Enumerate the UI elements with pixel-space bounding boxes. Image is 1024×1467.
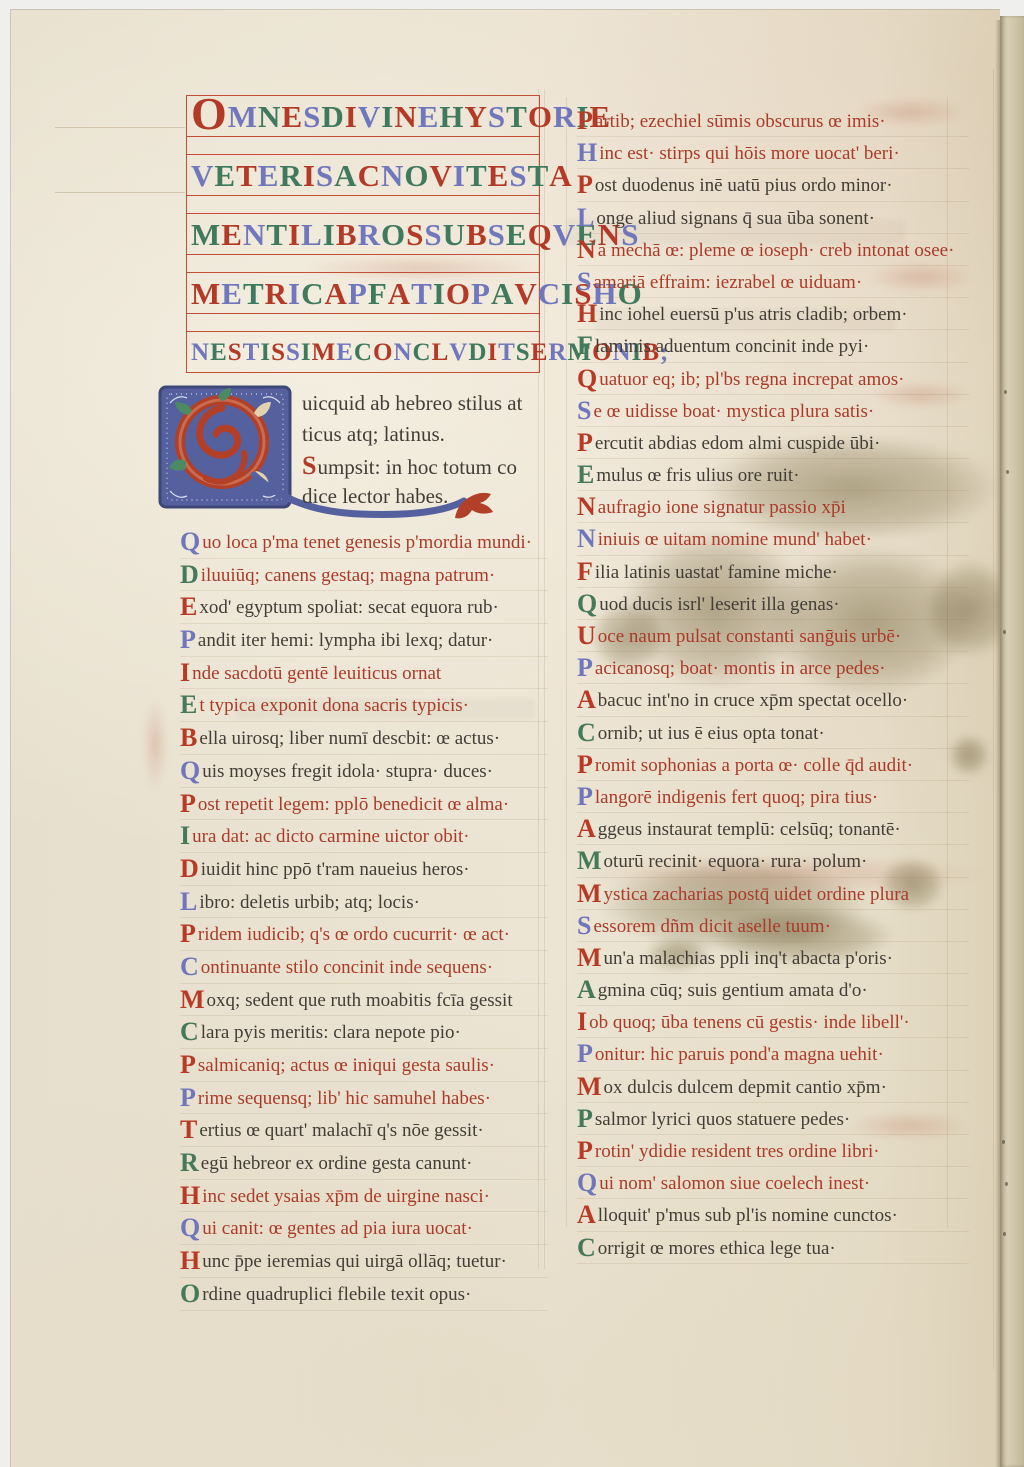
title-letter: I: [303, 160, 316, 191]
title-letter: M: [191, 278, 221, 309]
title-letter: O: [191, 91, 228, 137]
title-letter: M: [191, 219, 221, 250]
versal-initial: Q: [180, 756, 200, 785]
versal-initial: S: [577, 267, 591, 296]
title-letter: T: [528, 160, 550, 191]
verse-line: Naufragio ione signatur passio xp̄i: [577, 491, 969, 523]
verse-line: Psalmor lyrici quos statuere pedes·: [577, 1103, 969, 1135]
title-letter: S: [516, 340, 531, 365]
versal-initial: C: [180, 952, 199, 981]
title-letter: B: [336, 219, 358, 250]
versal-initial: S: [577, 911, 591, 940]
verse-text: ui canit: œ gentes ad pia iura uocat·: [202, 1218, 473, 1239]
title-letter: I: [345, 101, 358, 132]
versal-initial: E: [180, 690, 197, 719]
versal-initial: N: [577, 492, 596, 521]
versal-initial: P: [180, 789, 196, 818]
manuscript-photo: { "document": { "kind": "illuminated man…: [0, 0, 1024, 1467]
title-letter: E: [281, 101, 303, 132]
verse-line: Qui nom' salomon siue coelech inest·: [577, 1167, 969, 1199]
verse-line: Exod' egyptum spoliat: secat equora rub·: [180, 591, 548, 624]
verse-text: uatuor eq; ib; pl'bs regna increpat amos…: [599, 369, 904, 390]
verse-text: andit iter hemi: lympha ibi lexq; datur·: [198, 630, 493, 651]
verse-text: mulus œ fris ulius ore ruit·: [596, 465, 799, 486]
incipit-line: uicquid ab hebreo stilus at: [302, 388, 522, 419]
speck: [1004, 390, 1007, 394]
title-letter: I: [381, 101, 394, 132]
versal-initial: A: [577, 1200, 596, 1229]
verse-line: Percutit abdias edom almi cuspide ūbi·: [577, 427, 969, 459]
title-letter: T: [266, 219, 288, 250]
verse-line: Se œ uidisse boat· mystica plura satis·: [577, 395, 969, 427]
verse-text: lloquit' p'mus sub pl'is nomine cunctos·: [598, 1205, 898, 1226]
verse-line: Niniuis œ uitam nomine mund' habet·: [577, 523, 969, 555]
title-letter: V: [553, 219, 576, 250]
incipit-paragraph: uicquid ab hebreo stilus atticus atq; la…: [302, 388, 522, 512]
title-letter: E: [506, 219, 528, 250]
versal-initial: P: [577, 428, 593, 457]
title-letter: Y: [465, 101, 488, 132]
verse-line: Abacuc int'no in cruce xp̄m spectat ocel…: [577, 684, 969, 716]
verse-line: Quod ducis isrl' leserit illa genas·: [577, 588, 969, 620]
verse-line: Aggeus instaurat templū: celsūq; tonantē…: [577, 813, 969, 845]
title-letter: V: [514, 278, 537, 309]
title-letter: S: [271, 340, 286, 365]
title-letter: H: [439, 101, 464, 132]
incipit-title: OMNESDIVINEHYSTORIEVETERISACNOVITESTAMEN…: [186, 95, 540, 373]
verse-text: ui nom' salomon siue coelech inest·: [599, 1173, 870, 1194]
title-letter: U: [443, 219, 466, 250]
verse-text: onge aliud signans q̄ sua ūba sonent·: [596, 208, 875, 229]
title-letter: I: [288, 278, 301, 309]
verse-column-right: Partib; ezechiel sūmis obscurus œ imis·H…: [577, 105, 969, 1264]
verse-text: romit sophonias a porta œ· colle q̄d aud…: [595, 755, 913, 776]
title-letter: O: [528, 101, 553, 132]
verse-text: un'a malachias ppli inq't abacta p'oris·: [604, 948, 893, 969]
title-letter: A: [388, 278, 411, 309]
versal-initial: Q: [577, 589, 597, 618]
versal-initial: H: [577, 138, 597, 167]
verse-line: Sessorem dñm dicit aselle tuum·: [577, 910, 969, 942]
verse-line: Emulus œ fris ulius ore ruit·: [577, 459, 969, 491]
book-gutter-edge: [1000, 16, 1024, 1467]
verse-line: Psalmicaniq; actus œ iniqui gesta saulis…: [180, 1049, 548, 1082]
incipit-line: ticus atq; latinus.: [302, 419, 522, 450]
verse-text: ridem iudicib; q's œ ordo cucurrit· œ ac…: [198, 924, 510, 945]
versal-initial: T: [180, 1115, 197, 1144]
verse-line: Ponitur: hic paruis pond'a magna uehit·: [577, 1038, 969, 1070]
title-letter: T: [411, 278, 433, 309]
verse-text: ibro: deletis urbib; atq; locis·: [199, 892, 420, 913]
incipit-line: dice lector habes.: [302, 481, 522, 512]
title-letter: I: [301, 340, 312, 365]
versal-initial: I: [180, 821, 190, 850]
title-letter: L: [301, 219, 323, 250]
title-letter: V: [449, 340, 468, 365]
verse-text: egū hebreor ex ordine gesta canunt·: [201, 1153, 473, 1174]
title-letter: M: [312, 340, 337, 365]
verse-text: unc p̄pe ieremias qui uirgā ollāq; tuetu…: [202, 1251, 507, 1272]
verse-line: Agmina cūq; suis gentium amata d'o·: [577, 974, 969, 1006]
versal-initial: H: [577, 299, 597, 328]
verse-text: oxq; sedent que ruth moabitis fcīa gessi…: [207, 990, 513, 1011]
verse-line: Hinc sedet ysaias xp̄m de uirgine nasci·: [180, 1180, 548, 1213]
title-line: METRICAPFATIOPAVCISHO: [187, 272, 539, 314]
verse-line: Diluuiūq; canens gestaq; magna patrum·: [180, 559, 548, 592]
versal-initial: D: [180, 854, 199, 883]
title-letter: O: [373, 340, 393, 365]
title-letter: E: [336, 340, 354, 365]
title-letter: O: [381, 219, 406, 250]
versal-initial: E: [577, 460, 594, 489]
verse-text: onitur: hic paruis pond'a magna uehit·: [595, 1044, 884, 1065]
title-letter: I: [487, 340, 498, 365]
verse-line: Uoce naum pulsat constanti sanḡuis urbē·: [577, 620, 969, 652]
title-letter: T: [243, 278, 265, 309]
verse-line: Iura dat: ac dicto carmine uictor obit·: [180, 820, 548, 853]
verse-text: inc sedet ysaias xp̄m de uirgine nasci·: [202, 1186, 490, 1207]
verse-line: Quo loca p'ma tenet genesis p'mordia mun…: [180, 526, 548, 559]
verse-line: Prime sequensq; lib' hic samuhel habes·: [180, 1082, 548, 1115]
title-letter: S: [303, 101, 321, 132]
title-letter: T: [506, 101, 528, 132]
title-letter: R: [548, 340, 567, 365]
title-line: NESTISSIMECONCLVDITSERMONIB;: [187, 331, 539, 373]
pigment-smudge: [142, 697, 168, 792]
versal-initial: Q: [577, 1168, 597, 1197]
title-letter: S: [286, 340, 301, 365]
title-letter: C: [538, 278, 561, 309]
title-letter: V: [358, 101, 381, 132]
title-line: VETERISACNOVITESTA: [187, 154, 539, 196]
verse-text: bacuc int'no in cruce xp̄m spectat ocell…: [598, 690, 908, 711]
verse-text: acicanosq; boat· montis in arce pedes·: [595, 658, 886, 679]
verse-line: Libro: deletis urbib; atq; locis·: [180, 886, 548, 919]
title-letter: S: [488, 101, 506, 132]
verse-text: ost duodenus inē uatū pius ordo minor·: [595, 175, 893, 196]
title-letter: T: [243, 340, 261, 365]
title-letter: C: [358, 160, 381, 191]
verse-line: Inde sacdotū gentē leuiticus ornat: [180, 657, 548, 690]
verse-line: Ordine quadruplici flebile texit opus·: [180, 1278, 548, 1311]
versal-initial: A: [577, 814, 596, 843]
verse-line: Tertius œ quart' malachī q's nōe gessit·: [180, 1114, 548, 1147]
verse-line: Alloquit' p'mus sub pl'is nomine cunctos…: [577, 1199, 969, 1231]
title-letter: A: [549, 160, 572, 191]
verse-line: Quis moyses fregit idola· stupra· duces·: [180, 755, 548, 788]
verse-line: Moturū recinit· equora· rura· polum·: [577, 845, 969, 877]
verse-text: ilia latinis uastat' famine miche·: [595, 562, 838, 583]
verse-text: uis moyses fregit idola· stupra· duces·: [202, 761, 493, 782]
versal-initial: F: [577, 331, 593, 360]
verse-line: Corrigit œ mores ethica lege tua·: [577, 1232, 969, 1264]
title-letter: I: [433, 278, 446, 309]
verse-line: Clara pyis meritis: clara nepote pio·: [180, 1016, 548, 1049]
versal-initial: P: [180, 919, 196, 948]
verse-line: Qui canit: œ gentes ad pia iura uocat·: [180, 1212, 548, 1245]
title-letter: N: [243, 219, 266, 250]
verse-line: Filia latinis uastat' famine miche·: [577, 556, 969, 588]
versal-initial: Q: [180, 1213, 200, 1242]
verse-text: iniuis œ uitam nomine mund' habet·: [598, 529, 872, 550]
title-letter: C: [413, 340, 432, 365]
verse-line: Regū hebreor ex ordine gesta canunt·: [180, 1147, 548, 1180]
manuscript-page: OMNESDIVINEHYSTORIEVETERISACNOVITESTAMEN…: [10, 9, 1000, 1467]
title-letter: R: [265, 278, 288, 309]
incipit-line: Sumpsit: in hoc totum co: [302, 450, 522, 481]
title-letter: L: [432, 340, 450, 365]
verse-line: Pandit iter hemi: lympha ibi lexq; datur…: [180, 624, 548, 657]
versal-initial: F: [577, 557, 593, 586]
versal-initial: P: [180, 1083, 196, 1112]
verse-text: ertius œ quart' malachī q's nōe gessit·: [199, 1120, 483, 1141]
verse-line: Bella uirosq; liber numī descbit: œ actu…: [180, 722, 548, 755]
verse-text: uod ducis isrl' leserit illa genas·: [599, 594, 839, 615]
title-letter: B: [466, 219, 488, 250]
verse-text: rotin' ydidie resident tres ordine libri…: [595, 1141, 880, 1162]
versal-initial: P: [180, 1050, 196, 1079]
title-letter: S: [316, 160, 334, 191]
versal-initial: C: [577, 1233, 596, 1262]
title-letter: A: [491, 278, 514, 309]
versal-initial: P: [577, 653, 593, 682]
title-letter: E: [210, 340, 228, 365]
verse-line: Et typica exponit dona sacris typicis·: [180, 689, 548, 722]
title-letter: I: [561, 278, 574, 309]
title-letter: R: [553, 101, 576, 132]
verse-line: Flaminis aduentum concinit inde pyi·: [577, 330, 969, 362]
verse-line: Post duodenus inē uatū pius ordo minor·: [577, 169, 969, 201]
title-letter: S: [406, 219, 424, 250]
versal-initial: Q: [577, 364, 597, 393]
versal-initial: P: [577, 750, 593, 779]
verse-line: Nā mechā œ: pleme œ ioseph· creb intonat…: [577, 234, 969, 266]
speck: [1006, 470, 1009, 474]
title-letter: I: [453, 160, 466, 191]
versal-initial: D: [180, 560, 199, 589]
versal-initial: M: [577, 846, 602, 875]
title-letter: V: [429, 160, 452, 191]
title-letter: I: [260, 340, 271, 365]
verse-text: essorem dñm dicit aselle tuum·: [593, 916, 830, 937]
versal-initial: P: [577, 1039, 593, 1068]
versal-initial: U: [577, 621, 596, 650]
title-letter: E: [214, 160, 236, 191]
verse-text: laminis aduentum concinit inde pyi·: [595, 336, 869, 357]
versal-initial: M: [577, 1072, 602, 1101]
verse-text: gmina cūq; suis gentium amata d'o·: [598, 980, 868, 1001]
verse-line: Protin' ydidie resident tres ordine libr…: [577, 1135, 969, 1167]
verse-line: Hunc p̄pe ieremias qui uirgā ollāq; tuet…: [180, 1245, 548, 1278]
verse-text: ost repetit legem: pplō benedicit œ alma…: [198, 794, 509, 815]
page-fold-shadow: [995, 20, 1000, 1467]
column-guide: [566, 97, 567, 1227]
verse-text: oce naum pulsat constanti sanḡuis urbē·: [598, 626, 901, 647]
verse-line: Cornib; ut ius ē eius opta tonat·: [577, 717, 969, 749]
verse-line: Post repetit legem: pplō benedicit œ alm…: [180, 788, 548, 821]
title-letter: T: [466, 160, 488, 191]
verse-text: e œ uidisse boat· mystica plura satis·: [593, 401, 874, 422]
verse-column-left: Quo loca p'ma tenet genesis p'mordia mun…: [180, 526, 548, 1311]
title-letter: N: [393, 340, 412, 365]
versal-initial: E: [180, 592, 197, 621]
title-letter: S: [228, 340, 243, 365]
verse-text: orrigit œ mores ethica lege tua·: [598, 1238, 836, 1259]
versal-initial: M: [577, 943, 602, 972]
verse-line: Diuidit hinc ppō t'ram naueius heros·: [180, 853, 548, 886]
verse-line: Mystica zacharias postq̄ uidet ordine pl…: [577, 878, 969, 910]
title-letter: E: [418, 101, 440, 132]
verse-text: ontinuante stilo concinit inde sequens·: [201, 957, 493, 978]
versal-initial: R: [180, 1148, 199, 1177]
verse-text: artib; ezechiel sūmis obscurus œ imis·: [595, 111, 886, 132]
title-letter: N: [394, 101, 417, 132]
verse-text: inc est· stirps qui hōis more uocat' ber…: [599, 143, 900, 164]
verse-text: oturū recinit· equora· rura· polum·: [604, 851, 868, 872]
versal-initial: B: [180, 723, 197, 752]
versal-initial: L: [577, 203, 594, 232]
verse-text: rime sequensq; lib' hic samuhel habes·: [198, 1088, 491, 1109]
versal-initial: A: [577, 685, 596, 714]
ruling-line: [55, 127, 185, 128]
verse-line: Hinc est· stirps qui hōis more uocat' be…: [577, 137, 969, 169]
verse-text: salmor lyrici quos statuere pedes·: [595, 1109, 850, 1130]
title-letter: D: [468, 340, 487, 365]
versal-initial: H: [180, 1181, 200, 1210]
versal-initial: L: [180, 887, 197, 916]
title-letter: V: [191, 160, 214, 191]
versal-initial: I: [577, 1007, 587, 1036]
title-letter: S: [509, 160, 527, 191]
title-letter: A: [334, 160, 357, 191]
verse-text: iuidit hinc ppō t'ram naueius heros·: [201, 859, 470, 880]
verse-line: Quatuor eq; ib; pl'bs regna increpat amo…: [577, 363, 969, 395]
title-letter: O: [446, 278, 471, 309]
versal-initial: S: [577, 396, 591, 425]
verse-text: aufragio ione signatur passio xp̄i: [598, 497, 846, 518]
speck: [1003, 1232, 1006, 1236]
versal-initial: I: [180, 658, 190, 687]
verse-text: ob quoq; ūba tenens cū gestis· inde libe…: [589, 1012, 910, 1033]
versal-initial: A: [577, 975, 596, 1004]
title-letter: E: [258, 160, 280, 191]
speck: [1005, 1182, 1008, 1186]
verse-text: ox dulcis dulcem depmit cantio xp̄m·: [604, 1077, 887, 1098]
title-letter: F: [368, 278, 388, 309]
title-letter: S: [424, 219, 442, 250]
verse-text: xod' egyptum spoliat: secat equora rub·: [199, 597, 498, 618]
title-letter: N: [258, 101, 281, 132]
column-guide: [993, 69, 994, 1369]
verse-text: langorē indigenis fert quoq; pira tius·: [595, 787, 878, 808]
verse-text: ercutit abdias edom almi cuspide ūbi·: [595, 433, 880, 454]
title-letter: N: [381, 160, 404, 191]
title-letter: M: [228, 101, 258, 132]
verse-text: ystica zacharias postq̄ uidet ordine plu…: [604, 884, 909, 905]
ruling-line: [55, 192, 185, 193]
title-letter: S: [488, 219, 506, 250]
verse-line: Hinc iohel euersū p'us atris cladib; orb…: [577, 298, 969, 330]
title-letter: A: [325, 278, 348, 309]
versal-initial: P: [577, 170, 593, 199]
verse-text: lara pyis meritis: clara nepote pio·: [201, 1022, 461, 1043]
verse-text: t typica exponit dona sacris typicis·: [199, 695, 469, 716]
verse-line: Mun'a malachias ppli inq't abacta p'oris…: [577, 942, 969, 974]
verse-text: uo loca p'ma tenet genesis p'mordia mund…: [202, 532, 532, 553]
title-letter: O: [404, 160, 429, 191]
title-letter: T: [236, 160, 258, 191]
versal-initial: H: [180, 1246, 200, 1275]
verse-line: Plangorē indigenis fert quoq; pira tius·: [577, 781, 969, 813]
title-letter: P: [348, 278, 368, 309]
title-letter: P: [471, 278, 491, 309]
title-letter: I: [288, 219, 301, 250]
versal-initial: C: [180, 1017, 199, 1046]
verse-line: Iob quoq; ūba tenens cū gestis· inde lib…: [577, 1006, 969, 1038]
verse-line: Pridem iudicib; q's œ ordo cucurrit· œ a…: [180, 918, 548, 951]
verse-text: salmicaniq; actus œ iniqui gesta saulis·: [198, 1055, 495, 1076]
versal-initial: O: [180, 1279, 200, 1308]
title-letter: E: [221, 219, 243, 250]
title-line: OMNESDIVINEHYSTORIE: [187, 95, 539, 137]
versal-initial: M: [180, 985, 205, 1014]
verse-line: Partib; ezechiel sūmis obscurus œ imis·: [577, 105, 969, 137]
title-letter: R: [358, 219, 381, 250]
title-letter: C: [354, 340, 373, 365]
verse-line: Moxq; sedent que ruth moabitis fcīa gess…: [180, 984, 548, 1017]
verse-text: nde sacdotū gentē leuiticus ornat: [192, 663, 441, 684]
verse-text: ggeus instaurat templū: celsūq; tonantē·: [598, 819, 901, 840]
title-letter: I: [323, 219, 336, 250]
verse-text: ura dat: ac dicto carmine uictor obit·: [192, 826, 470, 847]
verse-line: Continuante stilo concinit inde sequens·: [180, 951, 548, 984]
versal-initial: P: [577, 782, 593, 811]
title-letter: R: [279, 160, 302, 191]
verse-text: rdine quadruplici flebile texit opus·: [202, 1284, 471, 1305]
verse-text: inc iohel euersū p'us atris cladib; orbe…: [599, 304, 907, 325]
verse-text: ella uirosq; liber numī descbit: œ actus…: [199, 728, 500, 749]
title-letter: D: [321, 101, 344, 132]
title-line: MENTILIBROSSUBSEQVENS: [187, 213, 539, 255]
verse-line: Longe aliud signans q̄ sua ūba sonent·: [577, 202, 969, 234]
title-letter: E: [488, 160, 510, 191]
title-letter: E: [221, 278, 243, 309]
title-letter: E: [531, 340, 549, 365]
versal-initial: S: [302, 451, 316, 480]
verse-text: ornib; ut ius ē eius opta tonat·: [598, 723, 825, 744]
title-letter: C: [301, 278, 324, 309]
speck: [1003, 630, 1006, 634]
versal-initial: N: [577, 235, 596, 264]
verse-line: Mox dulcis dulcem depmit cantio xp̄m·: [577, 1071, 969, 1103]
versal-initial: Q: [180, 527, 200, 556]
versal-initial: P: [180, 625, 196, 654]
verse-line: Promit sophonias a porta œ· colle q̄d au…: [577, 749, 969, 781]
title-letter: Q: [528, 219, 553, 250]
title-letter: T: [498, 340, 516, 365]
title-letter: N: [191, 340, 210, 365]
speck: [1002, 1140, 1005, 1144]
versal-initial: C: [577, 718, 596, 747]
verse-text: ā mechā œ: pleme œ ioseph· creb intonat …: [598, 240, 955, 261]
versal-initial: P: [577, 106, 593, 135]
verse-text: iluuiūq; canens gestaq; magna patrum·: [201, 565, 495, 586]
verse-line: Samariā effraim: iezrabel œ uiduam·: [577, 266, 969, 298]
versal-initial: P: [577, 1104, 593, 1133]
verse-line: Pacicanosq; boat· montis in arce pedes·: [577, 652, 969, 684]
versal-initial: P: [577, 1136, 593, 1165]
versal-initial: N: [577, 524, 596, 553]
